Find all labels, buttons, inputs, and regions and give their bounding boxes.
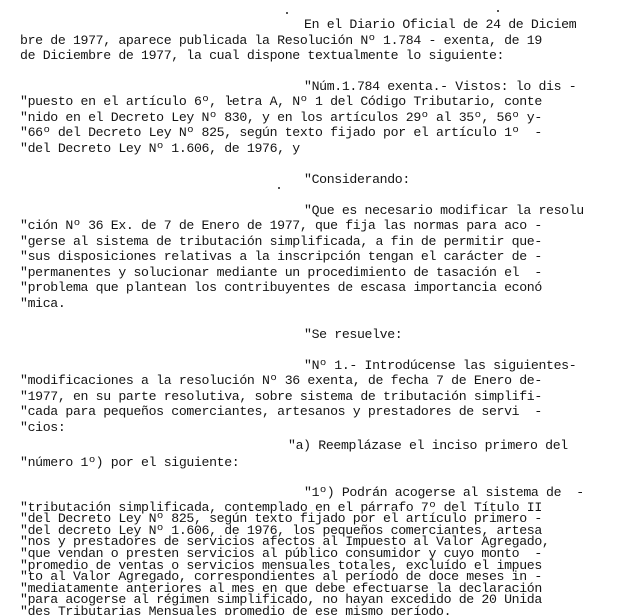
considerando-line-7: "mica.	[20, 297, 65, 311]
scan-speck	[278, 187, 280, 189]
considerando-line-2: "ción Nº 36 Ex. de 7 de Enero de 1977, q…	[20, 219, 542, 233]
considerando-line-3: "gerse al sistema de tributación simplif…	[20, 235, 542, 249]
scanned-document-page: En el Diario Oficial de 24 de Diciem bre…	[0, 0, 640, 615]
numero-1-line-4: "cada para pequeños comerciantes, artesa…	[20, 405, 542, 419]
numero-1-line-5: "cios:	[20, 421, 65, 435]
vistos-line-4: "66º del Decreto Ley Nº 825, según texto…	[20, 126, 542, 140]
scan-speck	[497, 10, 499, 12]
scan-speck	[230, 100, 232, 102]
numero-1-line-1: "Nº 1.- Introdúcense las siguientes-	[304, 359, 576, 373]
se-resuelve-heading: "Se resuelve:	[304, 328, 402, 342]
inciso-1-line-11: "des Tributarias Mensuales promedio de e…	[20, 605, 451, 615]
vistos-line-3: "nido en el Decreto Ley Nº 830, y en los…	[20, 111, 542, 125]
inciso-1-line-1: "1º) Podrán acogerse al sistema de -	[304, 486, 584, 500]
considerando-heading: "Considerando:	[304, 173, 410, 187]
considerando-line-6: "problema que plantean los contribuyente…	[20, 281, 542, 295]
considerando-line-4: "sus disposiciones relativas a la inscri…	[20, 250, 542, 264]
considerando-line-1: "Que es necesario modificar la resolu	[304, 204, 584, 218]
letra-a-line-1: "a) Reemplázase el inciso primero del	[288, 439, 568, 453]
intro-line-3: de Diciembre de 1977, la cual dispone te…	[20, 49, 504, 63]
vistos-line-5: "del Decreto Ley Nº 1.606, de 1976, y	[20, 142, 300, 156]
vistos-line-1: "Núm.1.784 exenta.- Vistos: lo dis -	[304, 80, 576, 94]
vistos-line-2: "puesto en el artículo 6º, letra A, Nº 1…	[20, 95, 542, 109]
considerando-line-5: "permanentes y solucionar mediante un pr…	[20, 266, 542, 280]
letra-a-line-2: "número 1º) por el siguiente:	[20, 456, 239, 470]
numero-1-line-3: "1977, en su parte resolutiva, sobre sis…	[20, 390, 542, 404]
numero-1-line-2: "modificaciones a la resolución Nº 36 ex…	[20, 374, 542, 388]
intro-line-1: En el Diario Oficial de 24 de Diciem	[304, 18, 576, 32]
intro-line-2: bre de 1977, aparece publicada la Resolu…	[20, 34, 542, 48]
scan-speck	[286, 12, 288, 14]
